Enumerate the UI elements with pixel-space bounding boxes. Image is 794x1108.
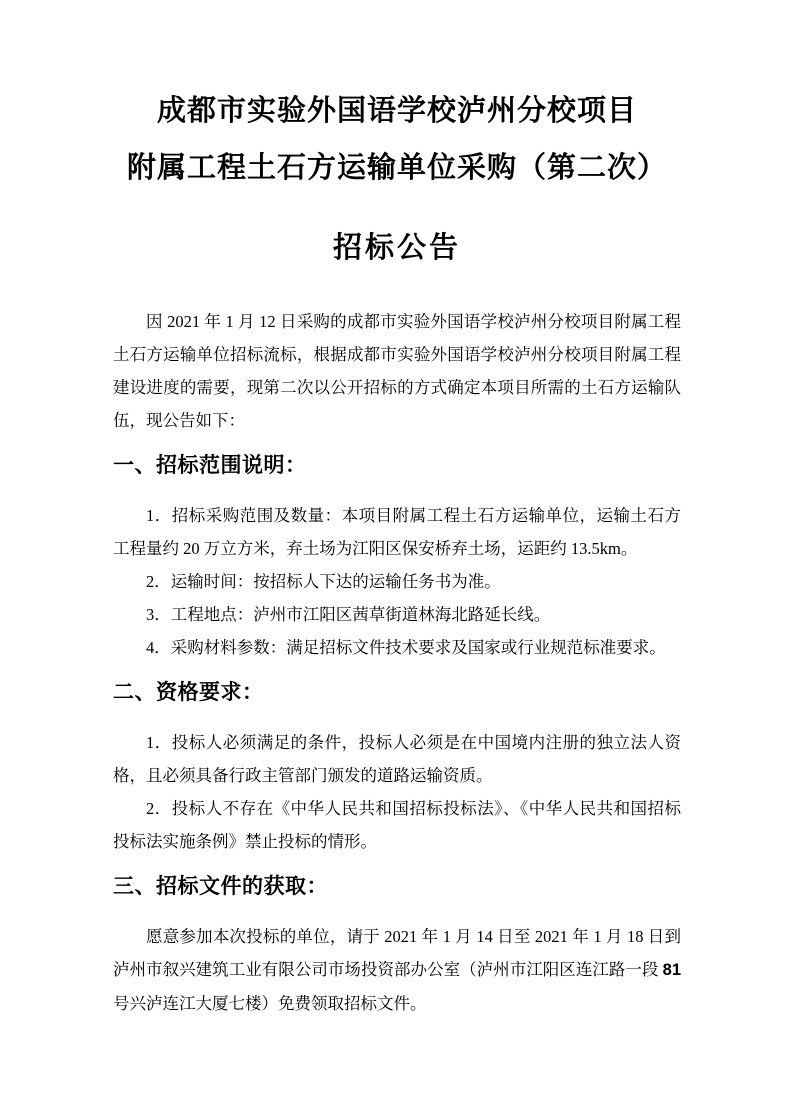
- doc-title-line1: 成都市实验外国语学校泸州分校项目: [113, 93, 681, 129]
- access-paragraph-street-number: 81: [663, 961, 681, 979]
- access-paragraph-part2: 号兴泸连江大厦七楼）免费领取招标文件。: [113, 994, 427, 1013]
- doc-title-line2: 附属工程土石方运输单位采购（第二次）: [113, 150, 681, 186]
- section3-heading: 三、招标文件的获取：: [113, 870, 681, 903]
- section2-item-1: 1．投标人必须满足的条件，投标人必须是在中国境内注册的独立法人资格，且必须具备行…: [113, 726, 681, 792]
- section1-item-1: 1．招标采购范围及数量：本项目附属工程土石方运输单位，运输土石方工程量约 20 …: [113, 499, 681, 565]
- section2-heading: 二、资格要求：: [113, 676, 681, 709]
- section1-item-2: 2．运输时间：按招标人下达的运输任务书为准。: [113, 565, 681, 598]
- document-page: 成都市实验外国语学校泸州分校项目 附属工程土石方运输单位采购（第二次） 招标公告…: [0, 0, 794, 1108]
- section1-heading: 一、招标范围说明：: [113, 449, 681, 482]
- section2-item-2: 2．投标人不存在《中华人民共和国招标投标法》、《中华人民共和国招标投标法实施条例…: [113, 792, 681, 858]
- section3-access-paragraph: 愿意参加本次投标的单位，请于 2021 年 1 月 14 日至 2021 年 1…: [113, 920, 681, 1020]
- access-paragraph-part1: 愿意参加本次投标的单位，请于 2021 年 1 月 14 日至 2021 年 1…: [113, 927, 681, 979]
- section1-item-3: 3．工程地点：泸州市江阳区茜草街道林海北路延长线。: [113, 598, 681, 631]
- section1-item-4: 4．采购材料参数：满足招标文件技术要求及国家或行业规范标准要求。: [113, 631, 681, 664]
- intro-paragraph: 因 2021 年 1 月 12 日采购的成都市实验外国语学校泸州分校项目附属工程…: [113, 305, 681, 437]
- doc-title-line3: 招标公告: [113, 230, 681, 266]
